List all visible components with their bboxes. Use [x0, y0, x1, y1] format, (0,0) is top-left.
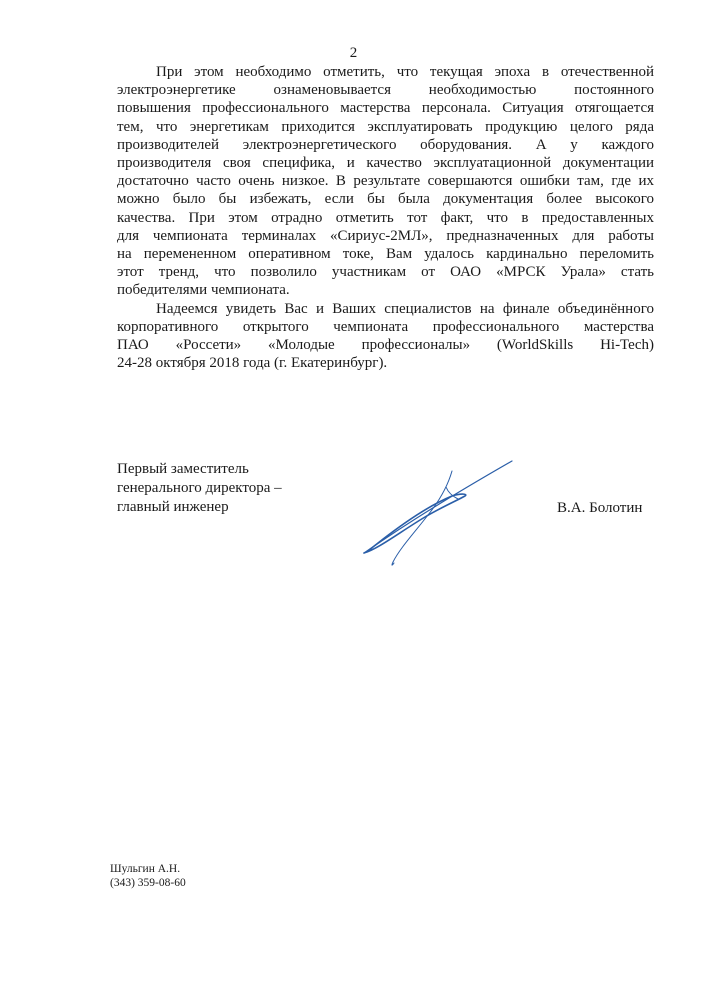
- signatory-name: В.А. Болотин: [557, 500, 642, 517]
- paragraph-1: При этом необходимо отметить, что текуща…: [117, 63, 654, 300]
- text-line: ПАО «Россети» «Молодые профессионалы» (W…: [117, 336, 654, 354]
- paragraph-2: Надеемся увидеть Вас и Ваших специалисто…: [117, 300, 654, 373]
- text-line: корпоративного открытого чемпионата проф…: [117, 318, 654, 336]
- text-line: победителями чемпионата.: [117, 281, 654, 299]
- page-number: 2: [0, 45, 707, 62]
- text-line: электроэнергетике ознаменовывается необх…: [117, 81, 654, 99]
- text-line: качества. При этом отрадно отметить тот …: [117, 209, 654, 227]
- text-line: на перемененном оперативном токе, Вам уд…: [117, 245, 654, 263]
- contact-info: Шульгин А.Н. (343) 359-08-60: [110, 862, 186, 890]
- signatory-title-line: Первый заместитель: [117, 460, 282, 479]
- text-line: 24-28 октября 2018 года (г. Екатеринбург…: [117, 354, 654, 372]
- executor-phone: (343) 359-08-60: [110, 876, 186, 890]
- text-line: Надеемся увидеть Вас и Ваших специалисто…: [117, 300, 654, 318]
- letter-body: При этом необходимо отметить, что текуща…: [117, 63, 654, 372]
- text-line: тем, что энергетикам приходится эксплуат…: [117, 118, 654, 136]
- executor-name: Шульгин А.Н.: [110, 862, 186, 876]
- text-line: этот тренд, что позволило участникам от …: [117, 263, 654, 281]
- text-line: производителя своя специфика, и качество…: [117, 154, 654, 172]
- text-line: производителей электроэнергетического об…: [117, 136, 654, 154]
- text-line: можно было бы избежать, если бы была док…: [117, 190, 654, 208]
- signatory-title-line: генерального директора –: [117, 479, 282, 498]
- signatory-title-line: главный инженер: [117, 498, 282, 517]
- signatory-title: Первый заместитель генерального директор…: [117, 460, 282, 517]
- text-line: повышения профессионального мастерства п…: [117, 99, 654, 117]
- text-line: достаточно часто очень низкое. В результ…: [117, 172, 654, 190]
- text-line: для чемпионата терминалах «Сириус-2МЛ», …: [117, 227, 654, 245]
- text-line: При этом необходимо отметить, что текуща…: [117, 63, 654, 81]
